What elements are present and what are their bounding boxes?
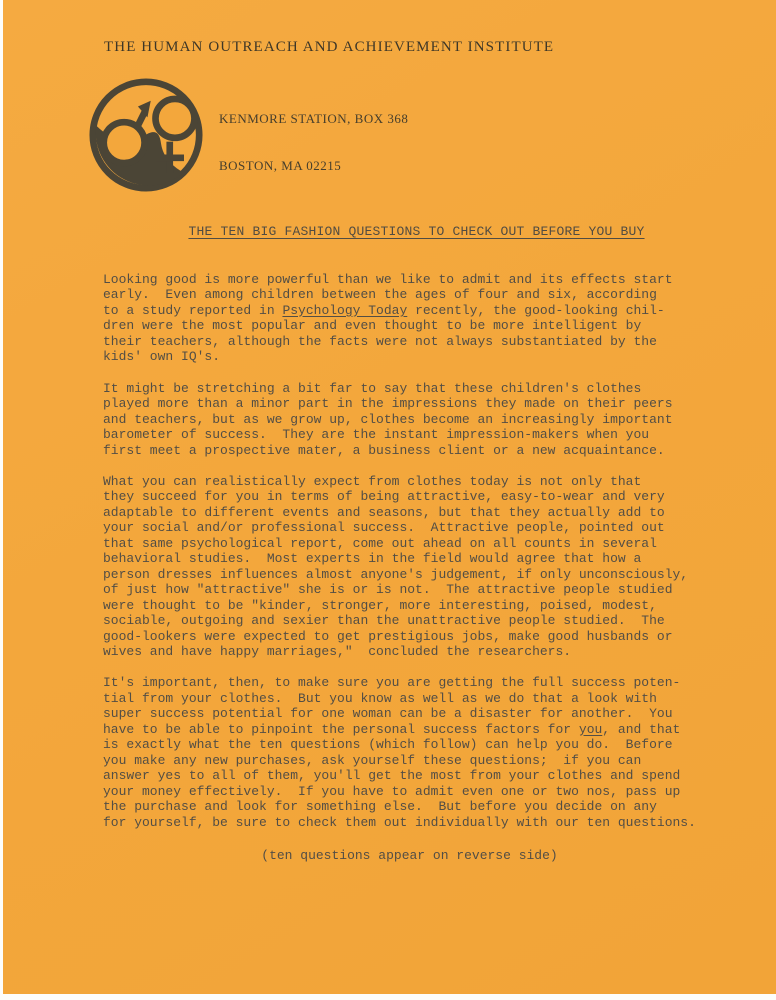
text-line: were thought to be "kinder, stronger, mo… (103, 598, 716, 613)
text-line: is exactly what the ten questions (which… (103, 737, 716, 752)
text-line: dren were the most popular and even thou… (103, 318, 716, 333)
document-body: Looking good is more powerful than we li… (103, 272, 716, 863)
text-line: It might be stretching a bit far to say … (103, 381, 716, 396)
paragraph: It's important, then, to make sure you a… (103, 675, 716, 830)
text-line: to a study reported in Psychology Today … (103, 303, 716, 318)
text-line: good-lookers were expected to get presti… (103, 629, 716, 644)
text-line: they succeed for you in terms of being a… (103, 489, 716, 504)
male-symbol-icon (104, 101, 151, 163)
text-line: wives and have happy marriages," conclud… (103, 644, 716, 659)
text-line: their teachers, although the facts were … (103, 334, 716, 349)
text-line: have to be able to pinpoint the personal… (103, 722, 716, 737)
text-line: your social and/or professional success.… (103, 520, 716, 535)
body-paragraphs: Looking good is more powerful than we li… (103, 272, 716, 830)
paragraph: Looking good is more powerful than we li… (103, 272, 716, 365)
text-line: barometer of success. They are the insta… (103, 427, 716, 442)
text-line: that same psychological report, come out… (103, 536, 716, 551)
text-line: behavioral studies. Most experts in the … (103, 551, 716, 566)
text-line: adaptable to different events and season… (103, 505, 716, 520)
text-line: of just how "attractive" she is or is no… (103, 582, 716, 597)
text-line: and teachers, but as we grow up, clothes… (103, 412, 716, 427)
paragraph: What you can realistically expect from c… (103, 474, 716, 659)
text-line: you make any new purchases, ask yourself… (103, 753, 716, 768)
text-line: answer yes to all of them, you'll get th… (103, 768, 716, 783)
text-line: person dresses influences almost anyone'… (103, 567, 716, 582)
text-line: your money effectively. If you have to a… (103, 784, 716, 799)
text-line: early. Even among children between the a… (103, 287, 716, 302)
text-line: the purchase and look for something else… (103, 799, 716, 814)
text-line: sociable, outgoing and sexier than the u… (103, 613, 716, 628)
text-line: super success potential for one woman ca… (103, 706, 716, 721)
text-line: for yourself, be sure to check them out … (103, 815, 716, 830)
text-line: first meet a prospective mater, a busine… (103, 443, 716, 458)
scanned-letter-paper: THE HUMAN OUTREACH AND ACHIEVEMENT INSTI… (3, 0, 776, 994)
text-line: played more than a minor part in the imp… (103, 396, 716, 411)
address-block: KENMORE STATION, BOX 368 BOSTON, MA 0221… (219, 80, 408, 204)
address-line-1: KENMORE STATION, BOX 368 (219, 111, 408, 127)
text-line: What you can realistically expect from c… (103, 474, 716, 489)
document-title: THE TEN BIG FASHION QUESTIONS TO CHECK O… (103, 224, 700, 239)
text-line: tial from your clothes. But you know as … (103, 691, 716, 706)
closing-note: (ten questions appear on reverse side) (103, 848, 716, 863)
paragraph: It might be stretching a bit far to say … (103, 381, 716, 458)
text-line: It's important, then, to make sure you a… (103, 675, 716, 690)
org-name: THE HUMAN OUTREACH AND ACHIEVEMENT INSTI… (104, 39, 554, 56)
text-line: kids' own IQ's. (103, 349, 716, 364)
org-logo-male-female-symbols-icon (89, 78, 203, 192)
address-line-2: BOSTON, MA 02215 (219, 158, 408, 174)
text-line: Looking good is more powerful than we li… (103, 272, 716, 287)
